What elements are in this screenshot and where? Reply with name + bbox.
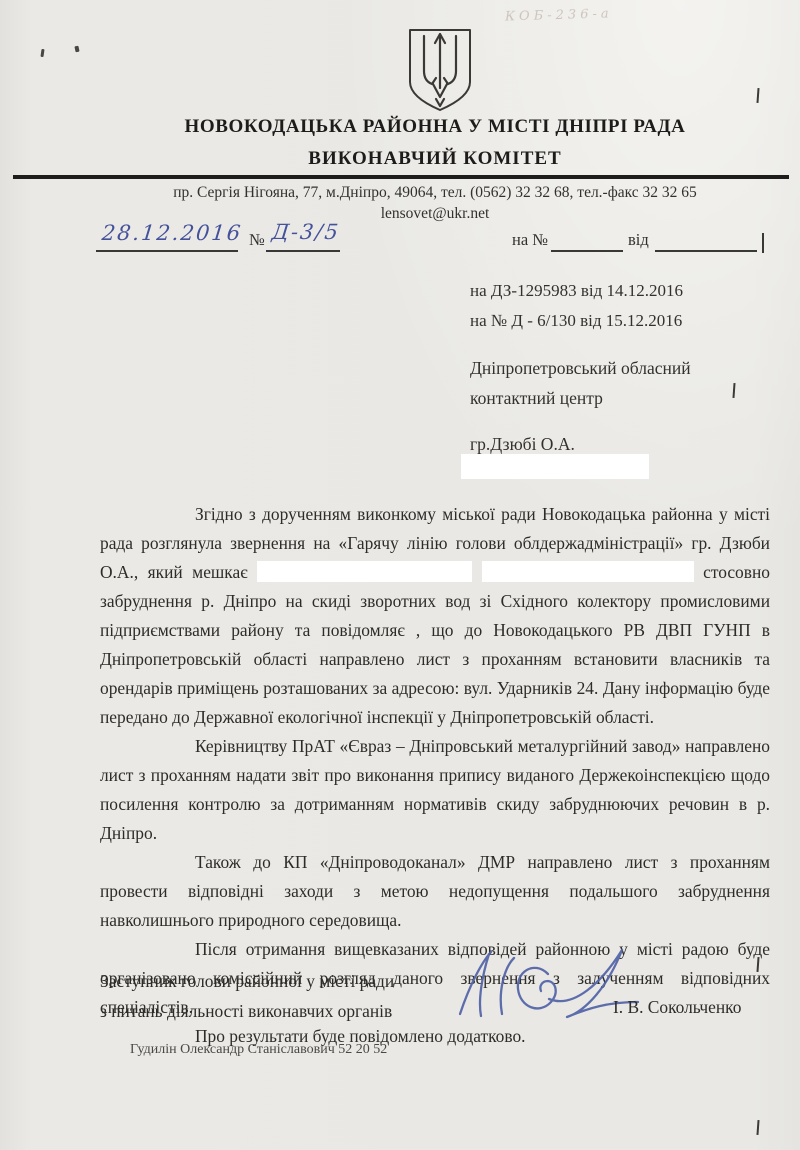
pencil-note: КОБ-236-а: [505, 7, 613, 25]
signature-position-line2: з питань діяльності виконавчих органів: [100, 996, 392, 1026]
staple-mark: [40, 49, 44, 57]
org-name-line1: НОВОКОДАЦЬКА РАЙОННА У МІСТІ ДНІПРІ РАДА: [90, 116, 780, 138]
outgoing-number-handwritten: Д-3/5: [271, 220, 341, 244]
scan-mark: [756, 88, 759, 103]
reference-line: на ДЗ-1295983 від 14.12.2016: [470, 281, 683, 301]
org-name-line2: ВИКОНАВЧИЙ КОМІТЕТ: [90, 148, 780, 170]
outgoing-date-handwritten: 28.12.2016: [101, 221, 244, 245]
signature-position-line1: Заступник голови районної у місті ради: [100, 966, 394, 996]
scan-mark: [756, 1120, 759, 1135]
addressee-org-line1: Дніпропетровський обласний: [470, 358, 691, 379]
paragraph: Також до КП «Дніпроводоканал» ДМР направ…: [100, 848, 770, 935]
signatory-name: І. В. Сокольченко: [613, 997, 741, 1018]
paragraph: Керівництву ПрАТ «Євраз – Дніпровський м…: [100, 732, 770, 848]
scan-mark: [732, 383, 735, 398]
paragraph: Згідно з дорученням виконкому міської ра…: [100, 500, 770, 732]
staple-mark: [74, 46, 79, 53]
address-redaction-box: [461, 454, 649, 479]
redaction-box: [482, 561, 694, 582]
header-divider: [13, 175, 789, 179]
pen-mark: [762, 233, 764, 253]
org-address: пр. Сергія Нігояна, 77, м.Дніпро, 49064,…: [90, 184, 780, 202]
number-sign-label: №: [249, 230, 265, 250]
outgoing-date-underline: [96, 250, 238, 252]
addressee-org-line2: контактний центр: [470, 388, 603, 409]
outgoing-number-underline: [266, 250, 340, 252]
incoming-no-underline: [551, 250, 623, 252]
addressee-person: гр.Дзюбі О.А.: [470, 434, 575, 455]
redaction-box: [257, 561, 472, 582]
trident-emblem: [403, 27, 477, 113]
incoming-date-underline: [655, 250, 757, 252]
executor-line: Гудилін Олександр Станіславович 52 20 52: [130, 1042, 387, 1058]
incoming-date-label: від: [628, 230, 649, 250]
scanned-letter-page: КОБ-236-а НОВОКОДАЦЬКА РАЙОННА У МІСТІ Д…: [0, 0, 800, 1150]
reference-line: на № Д - 6/130 від 15.12.2016: [470, 311, 682, 331]
incoming-no-label: на №: [512, 230, 548, 250]
